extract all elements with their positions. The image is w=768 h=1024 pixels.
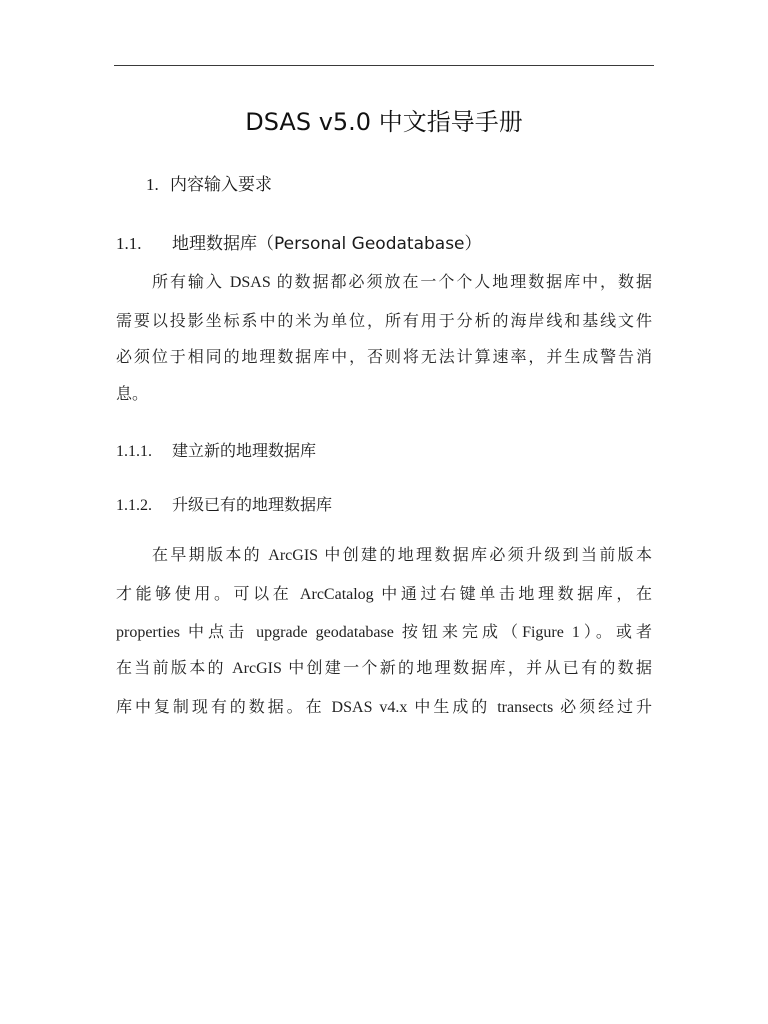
section-title: 建立新的地理数据库 [172,441,316,460]
paragraph-line: 在早期版本的 ArcGIS 中创建的地理数据库必须升级到当前版本 [152,548,652,564]
paragraph-line: 所有输入 DSAS 的数据都必须放在一个个人地理数据库中，数据 [152,275,652,291]
paragraph-line: 需要以投影坐标系中的米为单位，所有用于分析的海岸线和基线文件 [116,314,652,330]
section-heading-1: 1.内容输入要求 [146,176,272,194]
section-heading-1-1-2: 1.1.2.升级已有的地理数据库 [116,497,332,514]
section-number: 1.1.2. [116,498,172,514]
section-title: 地理数据库（Personal Geodatabase） [172,234,482,254]
paragraph-line: properties 中点击 upgrade geodatabase 按钮来完成… [116,625,652,641]
section-number: 1.1.1. [116,444,172,460]
section-heading-1-1-1: 1.1.1.建立新的地理数据库 [116,443,316,460]
paragraph-line: 息。 [116,387,652,403]
paragraph-line: 才能够使用。可以在 ArcCatalog 中通过右键单击地理数据库，在 [116,587,652,603]
section-title: 内容输入要求 [170,175,272,195]
document-title: DSAS v5.0 中文指导手册 [0,110,768,134]
header-rule [114,65,654,66]
paragraph-line: 库中复制现有的数据。在 DSAS v4.x 中生成的 transects 必须经… [116,700,652,716]
section-heading-1-1: 1.1.地理数据库（Personal Geodatabase） [116,235,482,253]
section-number: 1. [146,176,170,193]
section-title: 升级已有的地理数据库 [172,495,332,514]
section-number: 1.1. [116,235,172,252]
paragraph-line: 必须位于相同的地理数据库中，否则将无法计算速率，并生成警告消 [116,350,652,366]
paragraph-line: 在当前版本的 ArcGIS 中创建一个新的地理数据库，并从已有的数据 [116,661,652,677]
document-page: DSAS v5.0 中文指导手册 1.内容输入要求 1.1.地理数据库（Pers… [0,0,768,1024]
